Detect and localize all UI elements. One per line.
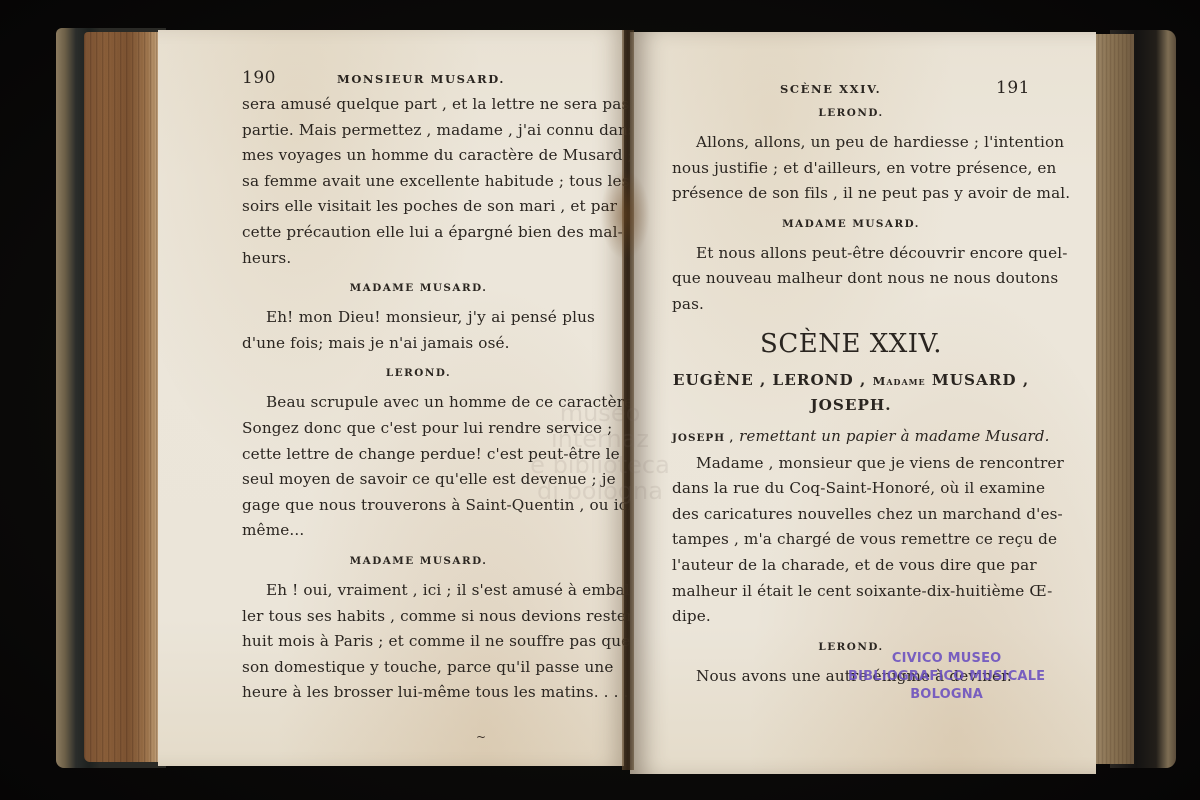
text-line: Et nous allons peut-être découvrir encor…: [672, 241, 1030, 267]
text-line: Eh ! oui, vraiment , ici ; il s'est amus…: [242, 578, 595, 604]
page-number: 191: [996, 76, 1030, 102]
text-line: soirs elle visitait les poches de son ma…: [242, 194, 595, 220]
speaker-heading: LEROND.: [242, 360, 595, 386]
running-title: MONSIEUR MUSARD.: [337, 67, 505, 93]
text-line: cette précaution elle lui a épargné bien…: [242, 220, 595, 246]
speaker-heading: MADAME MUSARD.: [672, 211, 1030, 237]
text-line: gage que nous trouverons à Saint-Quentin…: [242, 493, 595, 519]
left-page: 190 MONSIEUR MUSARD. sera amusé quelque …: [158, 30, 624, 766]
text-line: ler tous ses habits , comme si nous devi…: [242, 604, 595, 630]
speaker-heading: LEROND.: [672, 100, 1030, 126]
cast-line: EUGÈNE , LEROND , Madame MUSARD ,: [672, 368, 1030, 393]
text-line: heure à les brosser lui-même tous les ma…: [242, 680, 595, 706]
text-line: sa femme avait une excellente habitude ;…: [242, 169, 595, 195]
text-line: cette lettre de change perdue! c'est peu…: [242, 442, 595, 468]
text-line: Allons, allons, un peu de hardiesse ; l'…: [672, 130, 1030, 156]
book-gutter: [622, 30, 634, 770]
text-line: dans la rue du Coq-Saint-Honoré, où il e…: [672, 476, 1030, 502]
text-line: Eh! mon Dieu! monsieur, j'y ai pensé plu…: [242, 305, 595, 331]
left-page-text: 190 MONSIEUR MUSARD. sera amusé quelque …: [242, 66, 595, 706]
text-line: heurs.: [242, 246, 595, 272]
left-running-head: 190 MONSIEUR MUSARD.: [242, 66, 595, 92]
cast-list: EUGÈNE , LEROND , Madame MUSARD , JOSEPH…: [672, 368, 1030, 417]
stage-direction: JOSEPH , remettant un papier à madame Mu…: [672, 423, 1030, 451]
text-line: sera amusé quelque part , et la lettre n…: [242, 92, 595, 118]
text-line: même...: [242, 518, 595, 544]
scene-title: SCÈNE XXIV.: [672, 326, 1030, 362]
paragraph: Eh! mon Dieu! monsieur, j'y ai pensé plu…: [242, 305, 595, 356]
text-line: mes voyages un homme du caractère de Mus…: [242, 143, 595, 169]
text-line: son domestique y touche, parce qu'il pas…: [242, 655, 595, 681]
paragraph: Et nous allons peut-être découvrir encor…: [672, 241, 1030, 318]
cast-line: JOSEPH.: [672, 393, 1030, 417]
cast-names: MUSARD ,: [926, 371, 1029, 389]
text-line: Songez donc que c'est pour lui rendre se…: [242, 416, 595, 442]
right-page-text: SCÈNE XXIV. 191 LEROND. Allons, allons, …: [672, 76, 1030, 689]
stamp-line: BOLOGNA: [848, 686, 1045, 704]
text-line: dipe.: [672, 604, 1030, 630]
paragraph: Beau scrupule avec un homme de ce caract…: [242, 390, 595, 544]
text-line: des caricatures nouvelles chez un marcha…: [672, 502, 1030, 528]
speaker-heading: MADAME MUSARD.: [242, 275, 595, 301]
paragraph: sera amusé quelque part , et la lettre n…: [242, 92, 595, 271]
running-title: SCÈNE XXIV.: [780, 77, 881, 103]
text-line: seul moyen de savoir ce qu'elle est deve…: [242, 467, 595, 493]
stamp-line: CIVICO MUSEO: [848, 650, 1045, 668]
stamp-line: BIBLIOGRAFICO MUSICALE: [848, 668, 1045, 686]
paragraph: Eh ! oui, vraiment , ici ; il s'est amus…: [242, 578, 595, 706]
paragraph: Madame , monsieur que je viens de rencon…: [672, 451, 1030, 630]
book-photograph: 190 MONSIEUR MUSARD. sera amusé quelque …: [0, 0, 1200, 800]
left-page-edges: [84, 32, 158, 762]
text-line: partie. Mais permettez , madame , j'ai c…: [242, 118, 595, 144]
stage-direction-speaker: JOSEPH ,: [672, 432, 734, 444]
foxing-stain: [600, 170, 650, 260]
text-line: que nouveau malheur dont nous ne nous do…: [672, 266, 1030, 292]
text-line: Madame , monsieur que je viens de rencon…: [672, 451, 1030, 477]
page-number: 190: [242, 66, 276, 92]
text-line: présence de son fils , il ne peut pas y …: [672, 181, 1030, 207]
text-line: tampes , m'a chargé de vous remettre ce …: [672, 527, 1030, 553]
text-line: huit mois à Paris ; et comme il ne souff…: [242, 629, 595, 655]
stage-direction-text: remettant un papier à madame Musard.: [734, 427, 1049, 445]
right-page-edges: [1094, 34, 1134, 764]
text-line: l'auteur de la charade, et de vous dire …: [672, 553, 1030, 579]
text-line: Beau scrupule avec un homme de ce caract…: [242, 390, 595, 416]
speaker-heading: MADAME MUSARD.: [242, 548, 595, 574]
paragraph: Allons, allons, un peu de hardiesse ; l'…: [672, 130, 1030, 207]
text-line: nous justifie ; et d'ailleurs, en votre …: [672, 156, 1030, 182]
text-line: pas.: [672, 292, 1030, 318]
right-page: SCÈNE XXIV. 191 LEROND. Allons, allons, …: [630, 32, 1096, 774]
cast-names: EUGÈNE , LEROND ,: [673, 371, 873, 389]
right-running-head: SCÈNE XXIV. 191: [672, 76, 1030, 102]
printer-mark: ~: [476, 730, 486, 744]
library-stamp: CIVICO MUSEO BIBLIOGRAFICO MUSICALE BOLO…: [848, 650, 1045, 704]
text-line: malheur il était le cent soixante-dix-hu…: [672, 579, 1030, 605]
text-line: d'une fois; mais je n'ai jamais osé.: [242, 331, 595, 357]
cast-smallcaps: Madame: [873, 374, 926, 388]
